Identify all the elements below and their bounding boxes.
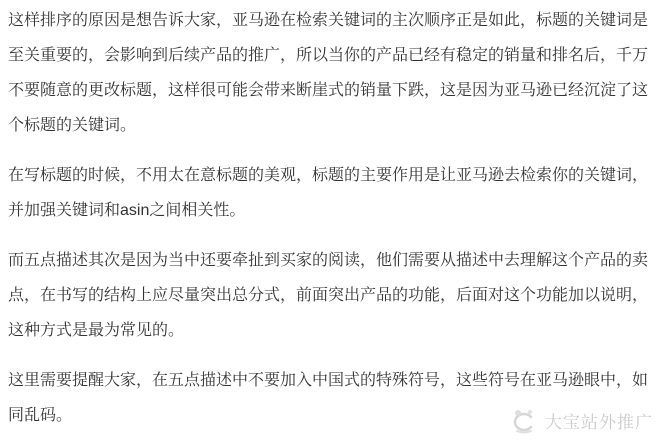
article-body: 这样排序的原因是想告诉大家，亚马逊在检索关键词的主次顺序正是如此，标题的关键词是… (8, 3, 653, 433)
watermark-label: 大宝站外推广 (545, 408, 653, 433)
paragraph-1: 这样排序的原因是想告诉大家，亚马逊在检索关键词的主次顺序正是如此，标题的关键词是… (8, 3, 653, 143)
watermark: 大宝站外推广 (509, 404, 653, 436)
paragraph-3: 而五点描述其次是因为当中还要牵扯到买家的阅读，他们需要从描述中去理解这个产品的卖… (8, 243, 653, 348)
paragraph-2: 在写标题的时候，不用太在意标题的美观，标题的主要作用是让亚马逊去检索你的关键词，… (8, 158, 653, 228)
article-page: 这样排序的原因是想告诉大家，亚马逊在检索关键词的主次顺序正是如此，标题的关键词是… (0, 0, 661, 448)
brand-logo-icon (509, 404, 539, 436)
